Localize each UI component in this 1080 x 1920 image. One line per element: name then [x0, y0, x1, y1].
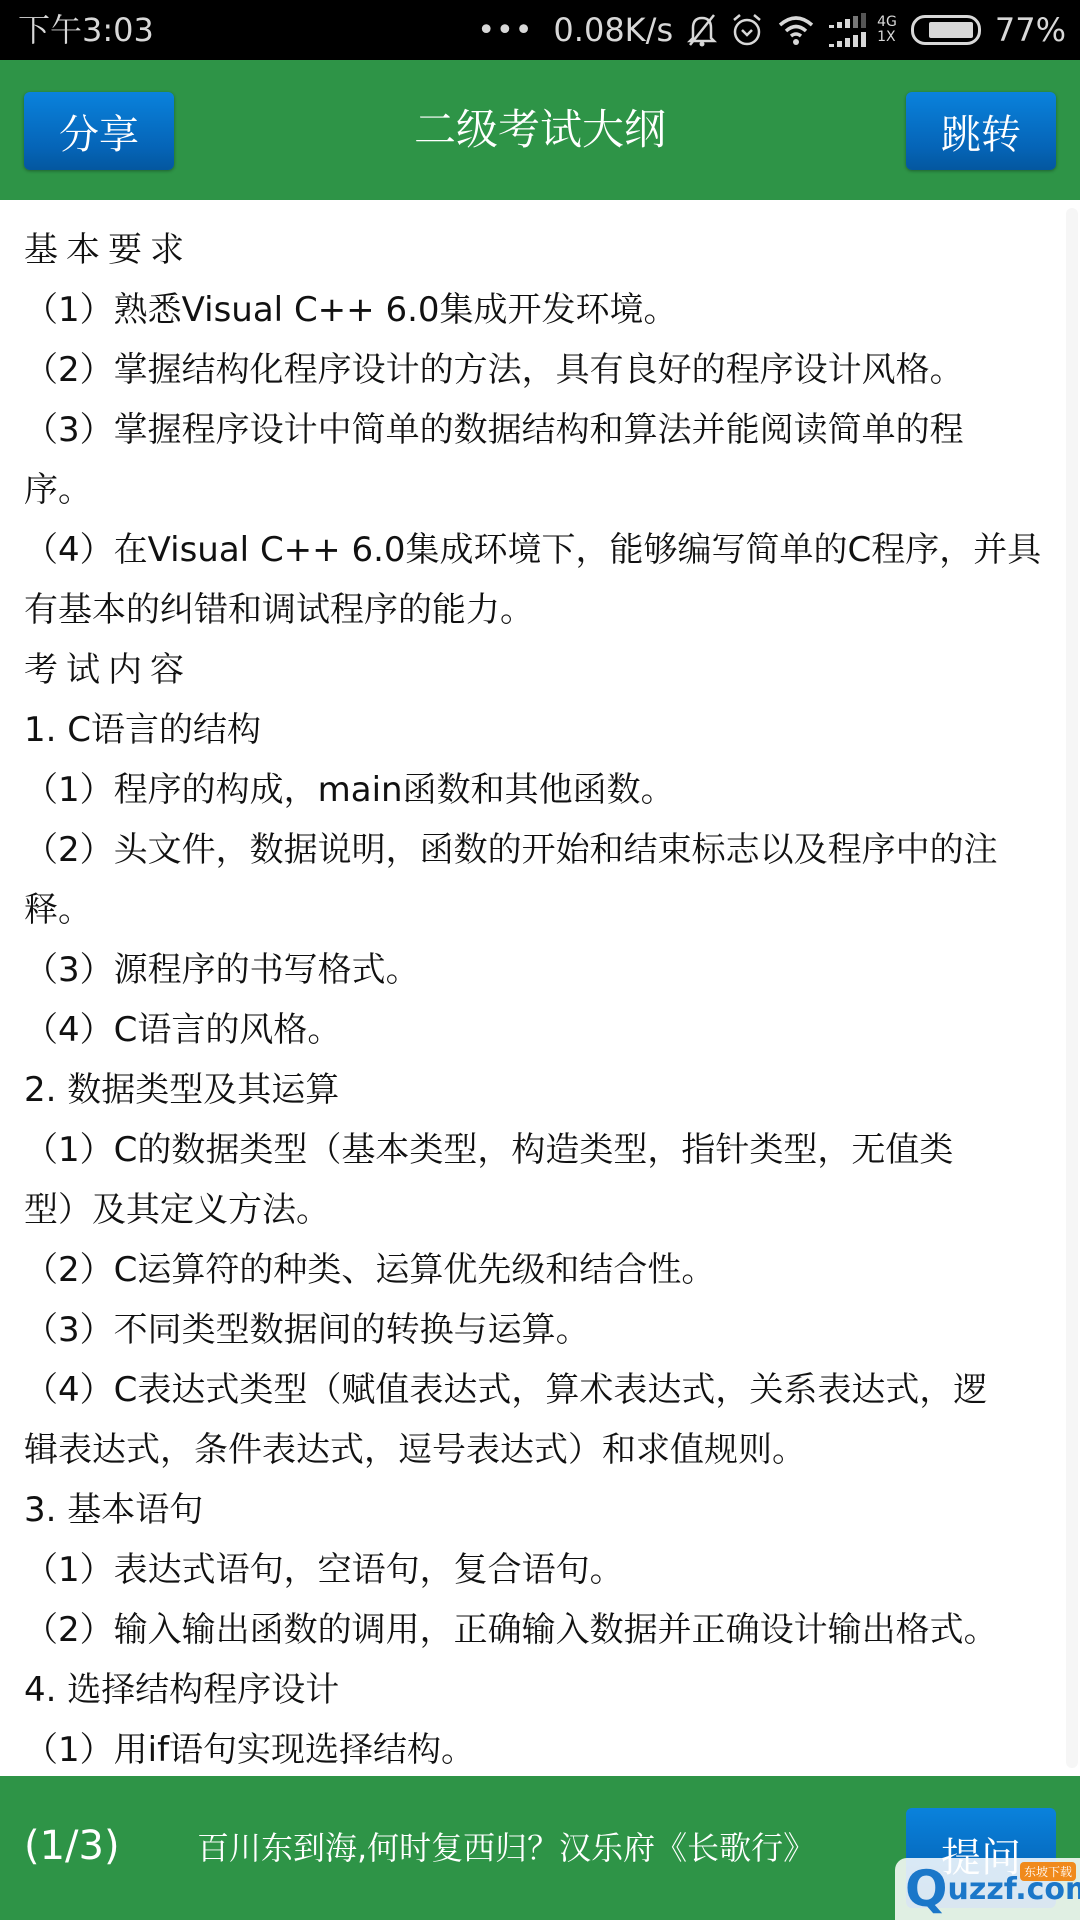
list-item: 辑表达式，条件表达式，逗号表达式）和求值规则。: [24, 1420, 806, 1480]
more-notifications-icon: •••: [477, 13, 533, 48]
list-item: （4）在Visual C++ 6.0集成环境下，能够编写简单的C程序，并具: [24, 520, 1041, 580]
app-header: 分享 二级考试大纲 跳转: [0, 60, 1080, 200]
page-indicator: (1/3): [24, 1816, 120, 1876]
status-bar: 下午3:03 ••• 0.08K/s 4G 1X 77%: [0, 0, 1080, 60]
list-item: （2）头文件，数据说明，函数的开始和结束标志以及程序中的注: [24, 820, 998, 880]
battery-fill: [929, 22, 973, 38]
topic-heading: 1. C语言的结构: [24, 700, 261, 760]
list-item: （1）程序的构成，main函数和其他函数。: [24, 760, 675, 820]
battery-icon: [911, 15, 981, 45]
network-type: 4G 1X: [877, 15, 897, 45]
list-item: （2）掌握结构化程序设计的方法，具有良好的程序设计风格。: [24, 340, 964, 400]
list-item: （3）不同类型数据间的转换与运算。: [24, 1300, 590, 1360]
section-heading: 基本要求: [24, 220, 192, 280]
topic-heading: 3. 基本语句: [24, 1480, 203, 1540]
watermark-tag: 东坡下载: [1020, 1862, 1076, 1881]
signal-icon: [829, 13, 869, 47]
list-item: （1）用if语句实现选择结构。: [24, 1720, 475, 1776]
list-item: 释。: [24, 880, 92, 940]
topic-heading: 4. 选择结构程序设计: [24, 1660, 339, 1720]
quote-text: 百川东到海,何时复西归？汉乐府《长歌行》: [197, 1820, 815, 1876]
list-item: （2）输入输出函数的调用，正确输入数据并正确设计输出格式。: [24, 1600, 998, 1660]
list-item: （3）源程序的书写格式。: [24, 940, 420, 1000]
alarm-icon: [731, 12, 763, 48]
watermark-logo: Q uzzf.com 东坡下载: [895, 1858, 1080, 1920]
network-speed: 0.08K/s: [553, 11, 673, 49]
list-item: （4）C表达式类型（赋值表达式，算术表达式，关系表达式，逻: [24, 1360, 987, 1420]
jump-button[interactable]: 跳转: [906, 92, 1056, 170]
status-time: 下午3:03: [18, 10, 154, 50]
list-item: （3）掌握程序设计中简单的数据结构和算法并能阅读简单的程: [24, 400, 964, 460]
list-item: 序。: [24, 460, 92, 520]
list-item: （1）表达式语句，空语句，复合语句。: [24, 1540, 624, 1600]
wifi-icon: [777, 14, 815, 46]
topic-heading: 2. 数据类型及其运算: [24, 1060, 339, 1120]
list-item: 型）及其定义方法。: [24, 1180, 330, 1240]
battery-percent: 77%: [995, 11, 1066, 49]
list-item: 有基本的纠错和调试程序的能力。: [24, 580, 534, 640]
list-item: （4）C语言的风格。: [24, 1000, 341, 1060]
bell-off-icon: [687, 12, 717, 48]
watermark-q-icon: Q: [905, 1860, 948, 1918]
section-heading: 考试内容: [24, 640, 192, 700]
list-item: （1）C的数据类型（基本类型，构造类型，指针类型，无值类: [24, 1120, 953, 1180]
list-item: （1）熟悉Visual C++ 6.0集成开发环境。: [24, 280, 678, 340]
scrollbar[interactable]: [1066, 208, 1078, 1768]
status-icons: ••• 0.08K/s 4G 1X 77%: [477, 8, 1066, 52]
list-item: （2）C运算符的种类、运算优先级和结合性。: [24, 1240, 715, 1300]
syllabus-content[interactable]: 基本要求（1）熟悉Visual C++ 6.0集成开发环境。（2）掌握结构化程序…: [0, 200, 1080, 1776]
